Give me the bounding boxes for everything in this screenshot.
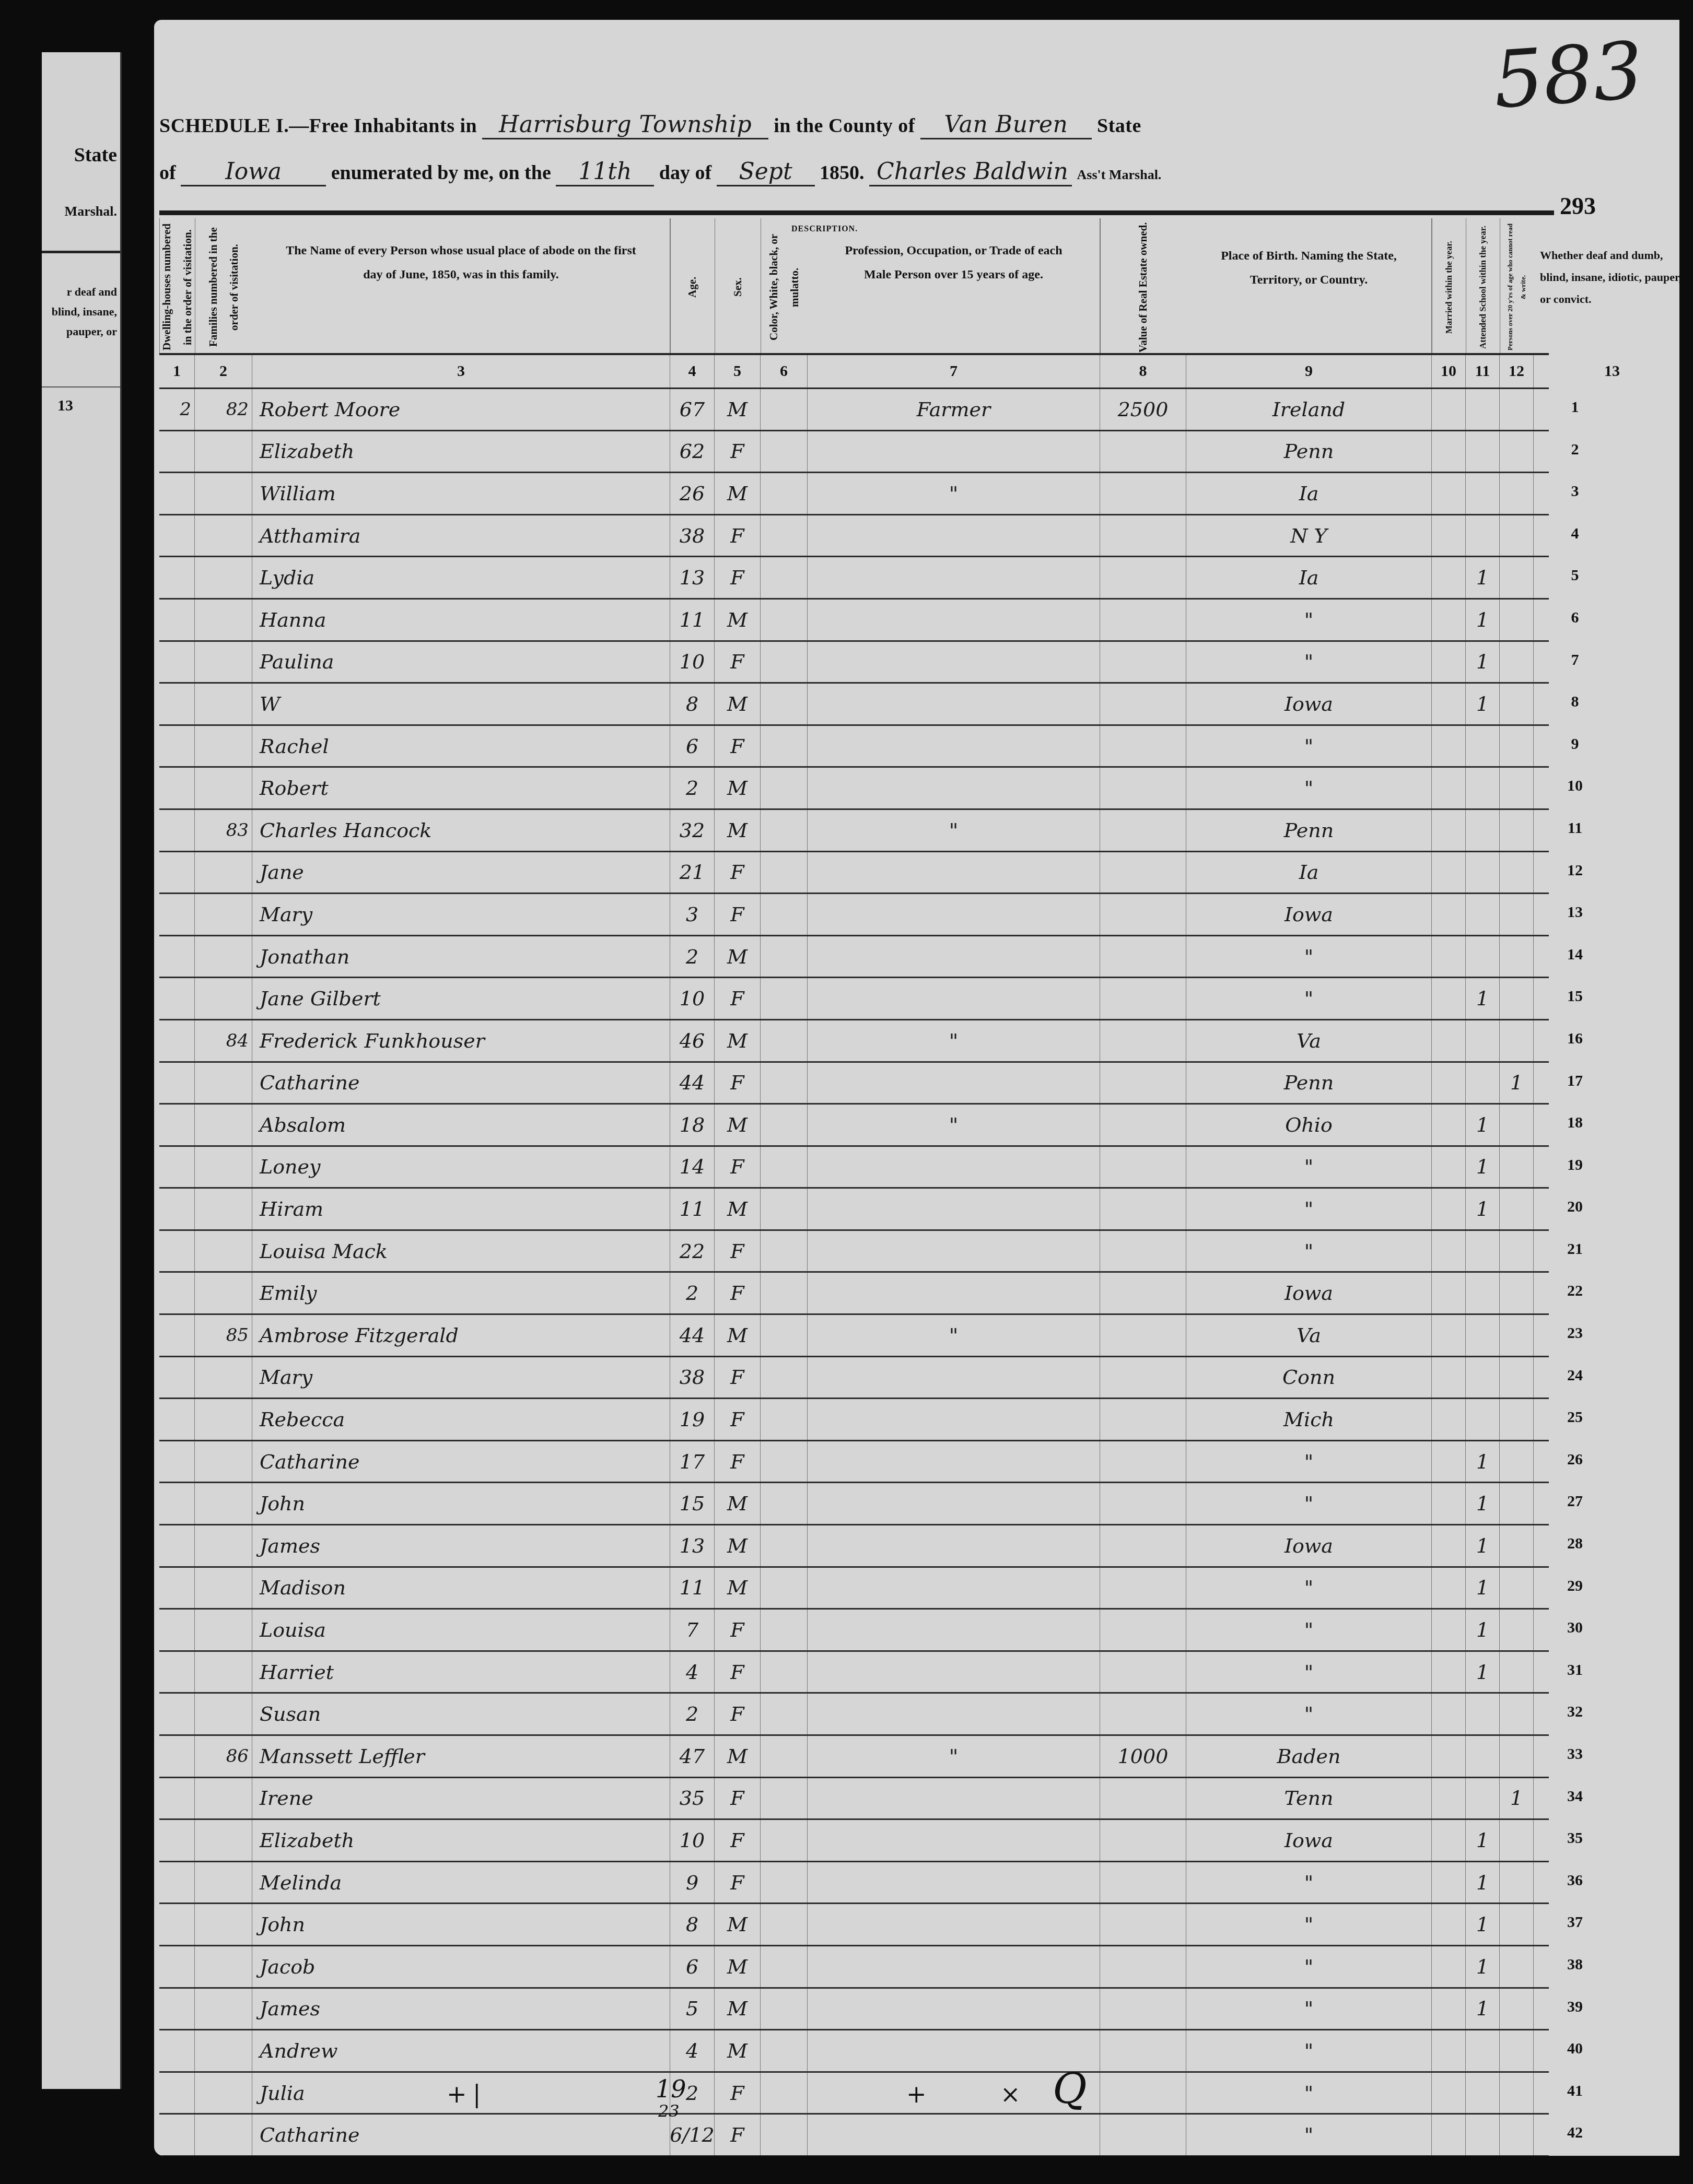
- line-number: 28: [1559, 1535, 1591, 1553]
- person-name-cell: Ambrose Fitzgerald: [252, 1315, 670, 1356]
- line-number: 31: [1559, 1661, 1591, 1679]
- school-cell: [1466, 810, 1500, 851]
- disability-cell: [1534, 1063, 1679, 1103]
- illiterate-cell: [1500, 1189, 1534, 1229]
- illiterate-cell: [1500, 810, 1534, 851]
- sex-cell: F: [715, 1147, 761, 1188]
- illiterate-cell: [1500, 1568, 1534, 1608]
- school-cell: [1466, 515, 1500, 556]
- family-number-cell: [195, 515, 252, 556]
- color-cell: [761, 1862, 808, 1903]
- family-number-cell: [195, 642, 252, 683]
- col-number: 4: [670, 355, 715, 388]
- illiterate-cell: [1500, 894, 1534, 935]
- occupation-cell: [808, 852, 1100, 893]
- state-field: Iowa: [181, 158, 326, 186]
- disability-cell: [1534, 557, 1679, 598]
- person-name-cell: Catharine: [252, 1063, 670, 1103]
- person-name-cell: Jane: [252, 852, 670, 893]
- dwelling-cell: [159, 642, 195, 683]
- col-header-school: Attended School within the year.: [1466, 218, 1500, 353]
- occupation-cell: ": [808, 1020, 1100, 1061]
- table-row: Lydia13FIa15: [159, 557, 1549, 600]
- prev-state-label: State: [46, 144, 117, 167]
- occupation-cell: [808, 1610, 1100, 1650]
- disability-cell: [1534, 1441, 1679, 1482]
- family-number-cell: [195, 1273, 252, 1313]
- school-cell: [1466, 1778, 1500, 1819]
- disability-cell: [1534, 1778, 1679, 1819]
- school-cell: [1466, 1273, 1500, 1313]
- age-cell: 9: [670, 1862, 715, 1903]
- family-number-cell: 82: [195, 389, 252, 430]
- birthplace-cell: Penn: [1186, 431, 1432, 472]
- birthplace-cell: ": [1186, 1652, 1432, 1693]
- illiterate-cell: [1500, 1357, 1534, 1398]
- married-cell: [1432, 1357, 1466, 1398]
- table-row: W8MIowa18: [159, 684, 1549, 726]
- school-cell: 1: [1466, 557, 1500, 598]
- occupation-cell: Farmer: [808, 389, 1100, 430]
- line-number: 25: [1559, 1408, 1591, 1426]
- disability-cell: [1534, 1820, 1679, 1861]
- enumerated-label: enumerated by me, on the: [331, 162, 551, 184]
- occupation-cell: [808, 642, 1100, 683]
- schedule-label: SCHEDULE I.—Free Inhabitants in: [159, 115, 477, 137]
- disability-cell: [1534, 1315, 1679, 1356]
- illiterate-cell: [1500, 1315, 1534, 1356]
- dwelling-cell: [159, 1357, 195, 1398]
- column-headers: Dwelling-houses numbered in the order of…: [159, 218, 1549, 355]
- birthplace-cell: N Y: [1186, 515, 1432, 556]
- dwelling-cell: [159, 978, 195, 1019]
- col-header-name: The Name of every Person whose usual pla…: [252, 218, 670, 353]
- disability-cell: [1534, 600, 1679, 640]
- family-number-cell: [195, 1610, 252, 1650]
- disability-cell: [1534, 1736, 1679, 1777]
- real-estate-cell: [1100, 473, 1186, 514]
- color-cell: [761, 684, 808, 724]
- dwelling-cell: [159, 557, 195, 598]
- table-row: Melinda9F"136: [159, 1862, 1549, 1905]
- family-number-cell: [195, 1778, 252, 1819]
- illiterate-cell: [1500, 642, 1534, 683]
- table-row: 84Frederick Funkhouser46M"Va16: [159, 1020, 1549, 1063]
- sex-cell: M: [715, 473, 761, 514]
- age-cell: 62: [670, 431, 715, 472]
- day-label: day of: [659, 162, 711, 184]
- person-name-cell: William: [252, 473, 670, 514]
- line-number: 11: [1559, 819, 1591, 837]
- sex-cell: F: [715, 515, 761, 556]
- occupation-cell: [808, 1862, 1100, 1903]
- sex-cell: M: [715, 1189, 761, 1229]
- line-number: 40: [1559, 2040, 1591, 2058]
- person-name-cell: Charles Hancock: [252, 810, 670, 851]
- disability-cell: [1534, 1568, 1679, 1608]
- table-row: Catharine44FPenn117: [159, 1063, 1549, 1105]
- birthplace-cell: ": [1186, 726, 1432, 767]
- dwelling-cell: [159, 852, 195, 893]
- table-row: Jonathan2M"14: [159, 936, 1549, 979]
- married-cell: [1432, 1399, 1466, 1440]
- married-cell: [1432, 1694, 1466, 1734]
- person-name-cell: James: [252, 1989, 670, 2029]
- person-name-cell: John: [252, 1904, 670, 1945]
- sex-cell: F: [715, 1231, 761, 1272]
- color-cell: [761, 515, 808, 556]
- col-number: 6: [761, 355, 808, 388]
- sex-cell: F: [715, 1610, 761, 1650]
- dwelling-cell: [159, 1399, 195, 1440]
- age-cell: 5: [670, 1989, 715, 2029]
- color-cell: [761, 1568, 808, 1608]
- real-estate-cell: [1100, 1189, 1186, 1229]
- person-name-cell: Paulina: [252, 642, 670, 683]
- school-cell: 1: [1466, 978, 1500, 1019]
- occupation-cell: [808, 557, 1100, 598]
- birthplace-cell: Ia: [1186, 852, 1432, 893]
- dwelling-cell: [159, 1946, 195, 1987]
- line-number: 8: [1559, 693, 1591, 711]
- age-cell: 11: [670, 1568, 715, 1608]
- birthplace-cell: ": [1186, 600, 1432, 640]
- table-row: Louisa Mack22F"21: [159, 1231, 1549, 1273]
- disability-cell: [1534, 1147, 1679, 1188]
- col-number: 8: [1100, 355, 1186, 388]
- real-estate-cell: [1100, 1231, 1186, 1272]
- table-row: Robert2M"10: [159, 768, 1549, 810]
- color-cell: [761, 1736, 808, 1777]
- age-cell: 38: [670, 1357, 715, 1398]
- real-estate-cell: [1100, 1525, 1186, 1566]
- disability-cell: [1534, 1989, 1679, 2029]
- married-cell: [1432, 936, 1466, 977]
- occupation-cell: [808, 1694, 1100, 1734]
- table-row: Atthamira38FN Y4: [159, 515, 1549, 558]
- age-cell: 11: [670, 1189, 715, 1229]
- illiterate-cell: [1500, 852, 1534, 893]
- married-cell: [1432, 1778, 1466, 1819]
- birthplace-cell: ": [1186, 936, 1432, 977]
- married-cell: [1432, 1483, 1466, 1524]
- line-number: 5: [1559, 567, 1591, 584]
- occupation-cell: [808, 1946, 1100, 1987]
- line-number: 30: [1559, 1619, 1591, 1637]
- color-cell: [761, 768, 808, 808]
- illiterate-cell: 1: [1500, 1778, 1534, 1819]
- color-cell: [761, 1357, 808, 1398]
- age-cell: 13: [670, 1525, 715, 1566]
- sex-cell: M: [715, 389, 761, 430]
- school-cell: [1466, 852, 1500, 893]
- illiterate-cell: [1500, 1946, 1534, 1987]
- school-cell: 1: [1466, 1105, 1500, 1145]
- occupation-cell: [808, 684, 1100, 724]
- person-name-cell: Elizabeth: [252, 431, 670, 472]
- illiterate-cell: [1500, 1020, 1534, 1061]
- family-number-cell: [195, 1483, 252, 1524]
- family-number-cell: [195, 1904, 252, 1945]
- prev-column-number: 13: [57, 397, 73, 415]
- disability-cell: [1534, 1399, 1679, 1440]
- footer-marks: + | 19 23 + × Q: [154, 2080, 1679, 2132]
- occupation-cell: [808, 1189, 1100, 1229]
- census-sheet: 583 SCHEDULE I.—Free Inhabitants in Harr…: [154, 20, 1679, 2156]
- illiterate-cell: [1500, 936, 1534, 977]
- school-cell: [1466, 1020, 1500, 1061]
- line-number: 23: [1559, 1324, 1591, 1342]
- line-number: 4: [1559, 525, 1591, 543]
- disability-cell: [1534, 978, 1679, 1019]
- real-estate-cell: [1100, 1020, 1186, 1061]
- occupation-cell: ": [808, 1315, 1100, 1356]
- sex-cell: M: [715, 600, 761, 640]
- color-cell: [761, 557, 808, 598]
- line-number: 37: [1559, 1913, 1591, 1931]
- line-number: 1: [1559, 398, 1591, 416]
- occupation-cell: [808, 1778, 1100, 1819]
- table-row: Jane21FIa12: [159, 852, 1549, 895]
- census-rows: 282Robert Moore67MFarmer2500Ireland1Eliz…: [159, 389, 1549, 2156]
- dwelling-cell: [159, 2030, 195, 2071]
- color-cell: [761, 1189, 808, 1229]
- birthplace-cell: Va: [1186, 1315, 1432, 1356]
- sex-cell: M: [715, 1105, 761, 1145]
- school-cell: [1466, 431, 1500, 472]
- occupation-cell: [808, 1231, 1100, 1272]
- col-number: 2: [195, 355, 252, 388]
- disability-cell: [1534, 1189, 1679, 1229]
- illiterate-cell: [1500, 684, 1534, 724]
- of-label: of: [159, 162, 176, 184]
- married-cell: [1432, 978, 1466, 1019]
- sex-cell: F: [715, 431, 761, 472]
- disability-cell: [1534, 1525, 1679, 1566]
- real-estate-cell: [1100, 1862, 1186, 1903]
- age-cell: 4: [670, 1652, 715, 1693]
- illiterate-cell: [1500, 1231, 1534, 1272]
- age-cell: 7: [670, 1610, 715, 1650]
- real-estate-cell: [1100, 1820, 1186, 1861]
- school-cell: 1: [1466, 684, 1500, 724]
- birthplace-cell: ": [1186, 1862, 1432, 1903]
- family-number-cell: [195, 1989, 252, 2029]
- dwelling-cell: [159, 1862, 195, 1903]
- line-number: 6: [1559, 609, 1591, 627]
- county-field: Van Buren: [920, 111, 1092, 139]
- col-number: 9: [1186, 355, 1432, 388]
- header-rule: [159, 210, 1554, 215]
- table-row: Catharine17F"126: [159, 1441, 1549, 1484]
- age-cell: 2: [670, 1273, 715, 1313]
- real-estate-cell: [1100, 642, 1186, 683]
- married-cell: [1432, 1736, 1466, 1777]
- col-header-real-estate: Value of Real Estate owned.: [1100, 218, 1186, 353]
- disability-cell: [1534, 1946, 1679, 1987]
- dwelling-cell: [159, 1736, 195, 1777]
- age-cell: 44: [670, 1315, 715, 1356]
- illiterate-cell: [1500, 1694, 1534, 1734]
- married-cell: [1432, 1189, 1466, 1229]
- family-number-cell: [195, 852, 252, 893]
- col-number: 5: [715, 355, 761, 388]
- family-number-cell: [195, 1652, 252, 1693]
- col-number: 3: [252, 355, 670, 388]
- person-name-cell: Melinda: [252, 1862, 670, 1903]
- disability-cell: [1534, 642, 1679, 683]
- person-name-cell: Irene: [252, 1778, 670, 1819]
- tally-sub: 23: [658, 2101, 680, 2121]
- birthplace-cell: Penn: [1186, 810, 1432, 851]
- birthplace-cell: ": [1186, 1989, 1432, 2029]
- family-number-cell: [195, 1525, 252, 1566]
- married-cell: [1432, 1820, 1466, 1861]
- married-cell: [1432, 810, 1466, 851]
- occupation-cell: [808, 1525, 1100, 1566]
- birthplace-cell: ": [1186, 978, 1432, 1019]
- person-name-cell: Andrew: [252, 2030, 670, 2071]
- real-estate-cell: [1100, 1568, 1186, 1608]
- school-cell: [1466, 1694, 1500, 1734]
- dwelling-cell: [159, 810, 195, 851]
- prev-column-head: r deaf and blind, insane, pauper, or: [44, 282, 117, 342]
- illiterate-cell: [1500, 1820, 1534, 1861]
- color-cell: [761, 1946, 808, 1987]
- disability-cell: [1534, 852, 1679, 893]
- real-estate-cell: [1100, 1357, 1186, 1398]
- school-cell: [1466, 1315, 1500, 1356]
- line-number: 35: [1559, 1829, 1591, 1847]
- sex-cell: M: [715, 1525, 761, 1566]
- occupation-cell: ": [808, 1736, 1100, 1777]
- birthplace-cell: Conn: [1186, 1357, 1432, 1398]
- occupation-cell: [808, 431, 1100, 472]
- school-cell: [1466, 768, 1500, 808]
- school-cell: [1466, 473, 1500, 514]
- col-header-dwelling: Dwelling-houses numbered in the order of…: [159, 218, 195, 353]
- illiterate-cell: 1: [1500, 1063, 1534, 1103]
- age-cell: 44: [670, 1063, 715, 1103]
- sex-cell: F: [715, 852, 761, 893]
- table-row: James5M"139: [159, 1989, 1549, 2031]
- birthplace-cell: ": [1186, 1231, 1432, 1272]
- color-cell: [761, 852, 808, 893]
- school-cell: [1466, 1063, 1500, 1103]
- married-cell: [1432, 1862, 1466, 1903]
- prev-marshal-label: Marshal.: [44, 204, 117, 219]
- illiterate-cell: [1500, 1904, 1534, 1945]
- married-cell: [1432, 1147, 1466, 1188]
- sex-cell: M: [715, 2030, 761, 2071]
- dwelling-cell: 2: [159, 389, 195, 430]
- table-row: Hanna11M"16: [159, 600, 1549, 642]
- col-header-occupation: Profession, Occupation, or Trade of each…: [808, 218, 1100, 353]
- line-number: 14: [1559, 946, 1591, 964]
- color-cell: [761, 1694, 808, 1734]
- birthplace-cell: Ia: [1186, 473, 1432, 514]
- col-header-family: Families numbered in the order of visita…: [195, 218, 252, 353]
- birthplace-cell: Baden: [1186, 1736, 1432, 1777]
- family-number-cell: [195, 1568, 252, 1608]
- birthplace-cell: ": [1186, 1694, 1432, 1734]
- family-number-cell: [195, 936, 252, 977]
- sex-cell: M: [715, 1904, 761, 1945]
- sex-cell: M: [715, 768, 761, 808]
- dwelling-cell: [159, 894, 195, 935]
- family-number-cell: [195, 2030, 252, 2071]
- sex-cell: M: [715, 936, 761, 977]
- line-number: 24: [1559, 1367, 1591, 1384]
- school-cell: 1: [1466, 1820, 1500, 1861]
- color-cell: [761, 431, 808, 472]
- age-cell: 21: [670, 852, 715, 893]
- state-label: State: [1097, 115, 1141, 137]
- table-row: John15M"127: [159, 1483, 1549, 1525]
- disability-cell: [1534, 431, 1679, 472]
- school-cell: [1466, 1231, 1500, 1272]
- sex-cell: F: [715, 1273, 761, 1313]
- age-cell: 2: [670, 936, 715, 977]
- married-cell: [1432, 2030, 1466, 2071]
- birthplace-cell: ": [1186, 1610, 1432, 1650]
- tally-total: 19: [656, 2075, 686, 2103]
- color-cell: [761, 1483, 808, 1524]
- real-estate-cell: [1100, 515, 1186, 556]
- occupation-cell: [808, 1357, 1100, 1398]
- sex-cell: F: [715, 1862, 761, 1903]
- married-cell: [1432, 726, 1466, 767]
- age-cell: 11: [670, 600, 715, 640]
- disability-cell: [1534, 1273, 1679, 1313]
- table-row: Andrew4M"40: [159, 2030, 1549, 2073]
- color-cell: [761, 1273, 808, 1313]
- table-row: John8M"137: [159, 1904, 1549, 1946]
- month-field: Sept: [717, 158, 815, 186]
- married-cell: [1432, 557, 1466, 598]
- real-estate-cell: [1100, 431, 1186, 472]
- birthplace-cell: Penn: [1186, 1063, 1432, 1103]
- real-estate-cell: [1100, 1483, 1186, 1524]
- line-number: 12: [1559, 862, 1591, 879]
- sex-cell: F: [715, 1399, 761, 1440]
- color-cell: [761, 1820, 808, 1861]
- sex-cell: F: [715, 894, 761, 935]
- sex-cell: M: [715, 810, 761, 851]
- sex-cell: F: [715, 1778, 761, 1819]
- sex-cell: F: [715, 1063, 761, 1103]
- occupation-cell: [808, 894, 1100, 935]
- sex-cell: F: [715, 1652, 761, 1693]
- line-number: 3: [1559, 483, 1591, 500]
- column-numbers: 1 2 3 4 5 6 7 8 9 10 11 12 13: [159, 355, 1549, 389]
- color-cell: [761, 1441, 808, 1482]
- table-row: Rachel6F"9: [159, 726, 1549, 768]
- sex-cell: F: [715, 1357, 761, 1398]
- table-row: James13MIowa128: [159, 1525, 1549, 1568]
- family-number-cell: [195, 1189, 252, 1229]
- line-number: 29: [1559, 1577, 1591, 1595]
- dwelling-cell: [159, 1820, 195, 1861]
- sex-cell: F: [715, 1694, 761, 1734]
- real-estate-cell: [1100, 1273, 1186, 1313]
- line-number: 17: [1559, 1072, 1591, 1090]
- illiterate-cell: [1500, 978, 1534, 1019]
- col-header-age: Age.: [670, 218, 715, 353]
- occupation-cell: [808, 936, 1100, 977]
- school-cell: [1466, 389, 1500, 430]
- real-estate-cell: [1100, 1652, 1186, 1693]
